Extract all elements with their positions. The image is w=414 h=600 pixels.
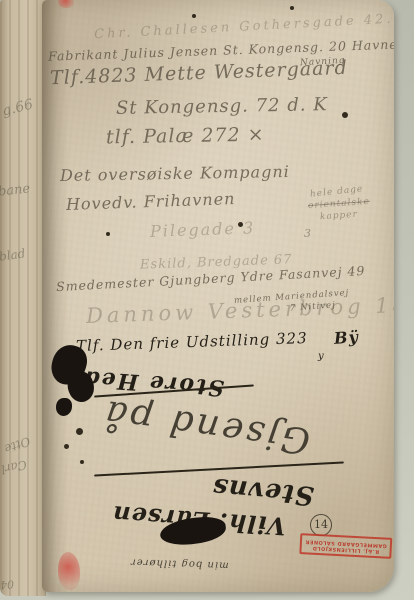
entry-den-frie-udstilling: Tlf. Den frie Udstilling 323 <box>76 331 308 354</box>
entry-hovedv-frihavnen: Hovedv. Frihavnen <box>66 191 236 213</box>
ink-speck <box>106 232 110 236</box>
edge-fragment: Carl <box>0 457 28 476</box>
notebook-page: Chr. Challesen Gothersgade 42. 7 Fabrika… <box>42 0 394 592</box>
previous-pages-edge: g.66 bane blad Otte Carl 04 <box>0 0 46 596</box>
red-mark-top <box>58 0 74 8</box>
edge-fragment: 04 <box>0 577 15 591</box>
entry-den-frie-suffix: Bÿ <box>333 329 359 347</box>
edge-fragment: blad <box>0 246 26 264</box>
ink-speck <box>290 6 294 10</box>
entry-den-frie-sub: y <box>318 352 325 362</box>
red-stamp: R.&J. LILLIENSKJOLD GAMMELGAARD SALONER <box>300 534 393 559</box>
entry-faint-top: Chr. Challesen Gothersgade 42. 7 <box>94 12 394 42</box>
edge-fragment: bane <box>0 181 31 199</box>
page-number-badge: 14 <box>310 514 332 536</box>
notebook-photo: g.66 bane blad Otte Carl 04 Chr. Challes… <box>0 0 414 600</box>
side-note-4: 3 <box>304 228 312 239</box>
ink-speck <box>238 222 243 227</box>
side-note-2: orientalske <box>308 198 370 211</box>
inverted-entry-bottom-tiny: min bog tilhører <box>130 556 229 569</box>
side-note-3: kapper <box>320 211 359 223</box>
entry-dannow-vesterbrog: Dannow Vesterbrog 182 <box>86 294 394 327</box>
entry-mette-westergaard: Tlf.4823 Mette Westergaard <box>50 59 348 88</box>
ink-speck <box>64 444 69 449</box>
ink-speck <box>80 460 84 464</box>
inverted-entry-stevns: Stevns <box>211 474 315 509</box>
ink-speck <box>76 428 83 435</box>
red-smudge-bottom <box>58 552 80 590</box>
ink-speck <box>192 14 196 18</box>
ink-speck <box>342 112 348 118</box>
ink-blot <box>56 398 72 416</box>
edge-fragment: Otte <box>2 434 32 456</box>
entry-tlf-palae: tlf. Palæ 272 × <box>106 126 265 148</box>
edge-fragment: g.66 <box>1 96 35 119</box>
inverted-entry-gjsend: Gjsend på <box>101 394 313 459</box>
entry-st-kongensgade: St Kongensg. 72 d. K <box>116 96 328 118</box>
entry-oversoiske-kompagni: Det oversøiske Kompagni <box>60 164 290 184</box>
